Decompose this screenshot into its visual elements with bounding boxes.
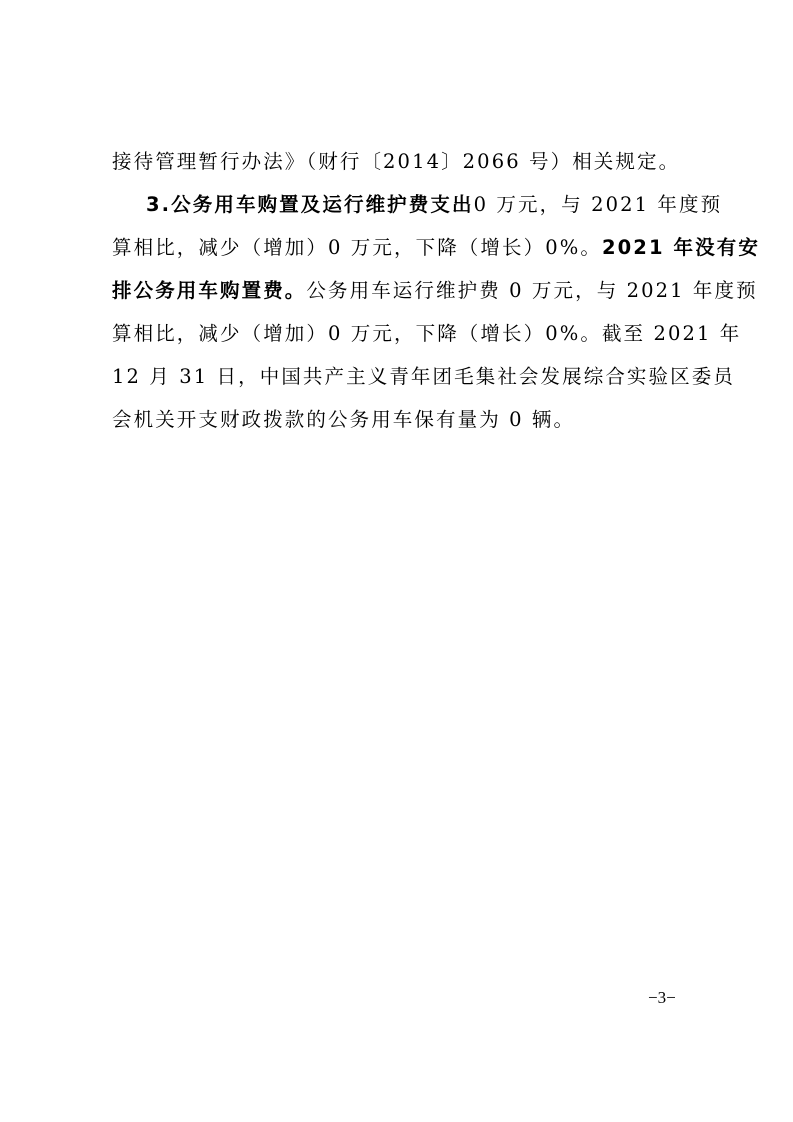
text-segment: 算相比，减少（增加）0 万元，下降（增长）0%。截至 2021 年 <box>112 322 741 345</box>
text-segment: 接待管理暂行办法》（财行〔2014〕2066 号）相关规定。 <box>112 150 680 173</box>
text-segment: 算相比，减少（增加）0 万元，下降（增长）0%。 <box>112 236 602 259</box>
text-segment: 0 万元，与 2021 年度预 <box>474 193 723 216</box>
text-segment: 公务用车运行维护费 0 万元，与 2021 年度预 <box>306 279 757 302</box>
paragraph-line-4: 排公务用车购置费。公务用车运行维护费 0 万元，与 2021 年度预 <box>112 277 688 305</box>
paragraph-line-1: 接待管理暂行办法》（财行〔2014〕2066 号）相关规定。 <box>112 148 688 176</box>
document-page: 接待管理暂行办法》（财行〔2014〕2066 号）相关规定。 3.公务用车购置及… <box>0 0 793 1122</box>
paragraph-line-3: 算相比，减少（增加）0 万元，下降（增长）0%。2021 年没有安 <box>112 234 688 262</box>
page-number: −3− <box>648 988 676 1008</box>
text-segment-bold: 排公务用车购置费。 <box>112 279 306 302</box>
paragraph-line-2: 3.公务用车购置及运行维护费支出0 万元，与 2021 年度预 <box>146 191 722 219</box>
text-segment-bold: 2021 年没有安 <box>602 236 760 259</box>
text-segment: 12 月 31 日，中国共产主义青年团毛集社会发展综合实验区委员 <box>112 365 735 388</box>
paragraph-line-6: 12 月 31 日，中国共产主义青年团毛集社会发展综合实验区委员 <box>112 363 688 391</box>
section-heading: 3.公务用车购置及运行维护费支出 <box>146 193 474 216</box>
text-segment: 会机关开支财政拨款的公务用车保有量为 0 辆。 <box>112 408 575 431</box>
paragraph-line-5: 算相比，减少（增加）0 万元，下降（增长）0%。截至 2021 年 <box>112 320 688 348</box>
paragraph-line-7: 会机关开支财政拨款的公务用车保有量为 0 辆。 <box>112 406 688 434</box>
